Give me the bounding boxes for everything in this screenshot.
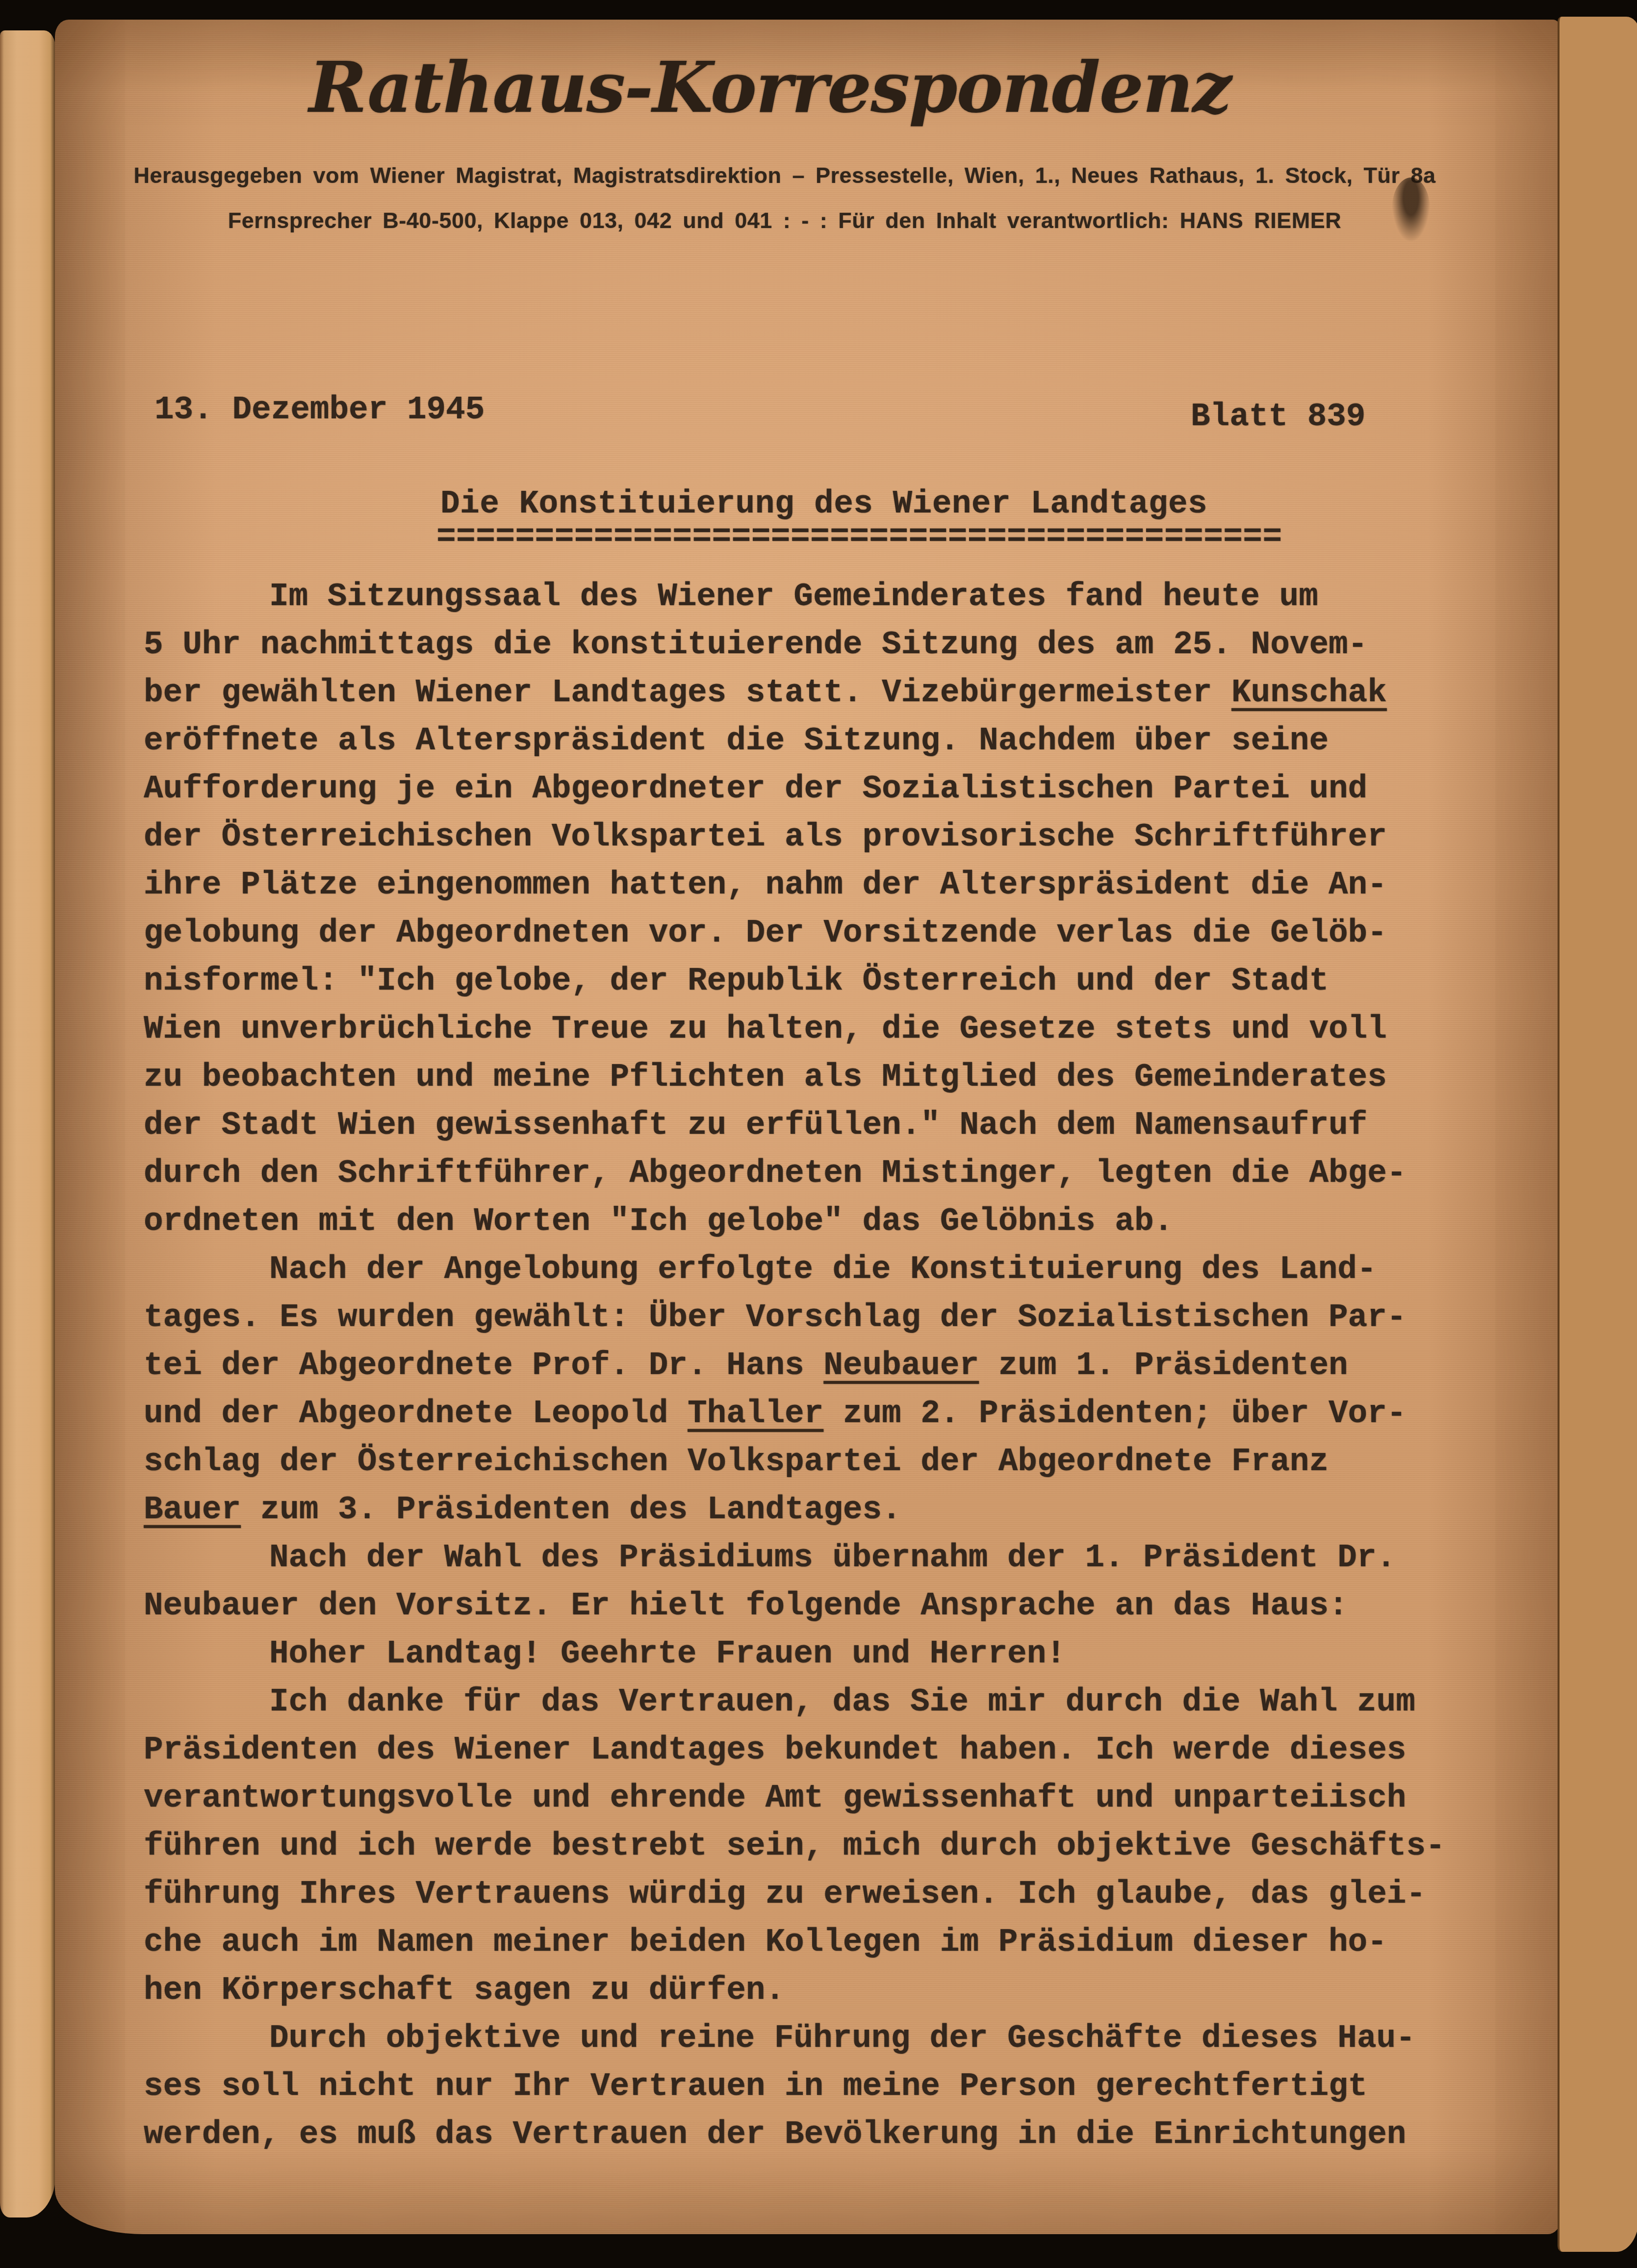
body-line-text: hen Körperschaft sagen zu dürfen. bbox=[144, 1972, 785, 2009]
body-line-text: che auch im Namen meiner beiden Kollegen… bbox=[144, 1924, 1387, 1961]
body-line: gelobung der Abgeordneten vor. Der Vorsi… bbox=[144, 909, 1566, 957]
ink-smudge bbox=[1392, 178, 1430, 241]
masthead-publisher-lines: Herausgegeben vom Wiener Magistrat, Magi… bbox=[113, 153, 1457, 243]
sheet-number: Blatt 839 bbox=[1191, 398, 1365, 435]
body-line: Im Sitzungssaal des Wiener Gemeinderates… bbox=[144, 573, 1566, 621]
underlined-name: Thaller bbox=[688, 1395, 823, 1432]
body-line: tages. Es wurden gewählt: Über Vorschlag… bbox=[144, 1294, 1566, 1342]
body-line: zu beobachten und meine Pflichten als Mi… bbox=[144, 1053, 1566, 1101]
body-line-text: Hoher Landtag! Geehrte Frauen und Herren… bbox=[269, 1635, 1066, 1672]
body-line: führen und ich werde bestrebt sein, mich… bbox=[144, 1822, 1566, 1870]
underlined-name: Neubauer bbox=[823, 1347, 979, 1384]
body-line-text: verantwortungsvolle und ehrende Amt gewi… bbox=[144, 1780, 1406, 1816]
body-line: Nach der Wahl des Präsidiums übernahm de… bbox=[144, 1534, 1566, 1582]
article-title-underline: ========================================… bbox=[436, 519, 1282, 556]
previous-page-edge bbox=[0, 30, 56, 2217]
body-line-text: Neubauer den Vorsitz. Er hielt folgende … bbox=[144, 1587, 1348, 1624]
body-line-text: zum 3. Präsidenten des Landtages. bbox=[241, 1491, 901, 1528]
body-line: che auch im Namen meiner beiden Kollegen… bbox=[144, 1918, 1566, 1966]
body-line: Durch objektive und reine Führung der Ge… bbox=[144, 2014, 1566, 2063]
body-line-text: der Stadt Wien gewissenhaft zu erfüllen.… bbox=[144, 1107, 1367, 1144]
body-line-text: Durch objektive und reine Führung der Ge… bbox=[269, 2020, 1415, 2057]
body-line: durch den Schriftführer, Abgeordneten Mi… bbox=[144, 1149, 1566, 1198]
body-line-text: zu beobachten und meine Pflichten als Mi… bbox=[144, 1059, 1387, 1096]
body-line-text: ordneten mit den Worten "Ich gelobe" das… bbox=[144, 1203, 1173, 1240]
body-line: werden, es muß das Vertrauen der Bevölke… bbox=[144, 2111, 1566, 2159]
body-line-text: durch den Schriftführer, Abgeordneten Mi… bbox=[144, 1155, 1406, 1192]
body-line: Hoher Landtag! Geehrte Frauen und Herren… bbox=[144, 1630, 1566, 1678]
body-line: verantwortungsvolle und ehrende Amt gewi… bbox=[144, 1774, 1566, 1822]
body-line-text: zum 1. Präsidenten bbox=[979, 1347, 1348, 1384]
book-scan: Rathaus-Korrespondenz Herausgegeben vom … bbox=[0, 0, 1637, 2268]
body-line-text: Ich danke für das Vertrauen, das Sie mir… bbox=[269, 1683, 1415, 1720]
body-line-text: tei der Abgeordnete Prof. Dr. Hans bbox=[144, 1347, 823, 1384]
body-line: nisformel: "Ich gelobe, der Republik Öst… bbox=[144, 957, 1566, 1005]
body-line-text: tages. Es wurden gewählt: Über Vorschlag… bbox=[144, 1299, 1406, 1336]
publisher-line-2: Fernsprecher B-40-500, Klappe 013, 042 u… bbox=[113, 198, 1457, 243]
body-line: Bauer zum 3. Präsidenten des Landtages. bbox=[144, 1486, 1566, 1534]
body-line: der Stadt Wien gewissenhaft zu erfüllen.… bbox=[144, 1101, 1566, 1149]
masthead-title: Rathaus-Korrespondenz bbox=[206, 47, 1334, 128]
body-line-text: der Österreichischen Volkspartei als pro… bbox=[144, 818, 1387, 855]
body-line: führung Ihres Vertrauens würdig zu erwei… bbox=[144, 1870, 1566, 1918]
body-line-text: zum 2. Präsidenten; über Vor- bbox=[823, 1395, 1406, 1432]
body-line: Nach der Angelobung erfolgte die Konstit… bbox=[144, 1246, 1566, 1294]
body-line: schlag der Österreichischen Volkspartei … bbox=[144, 1438, 1566, 1486]
body-line-text: Präsidenten des Wiener Landtages bekunde… bbox=[144, 1732, 1406, 1768]
body-line: Präsidenten des Wiener Landtages bekunde… bbox=[144, 1726, 1566, 1774]
body-line-text: nisformel: "Ich gelobe, der Republik Öst… bbox=[144, 963, 1329, 999]
body-line: ber gewählten Wiener Landtages statt. Vi… bbox=[144, 669, 1566, 717]
body-line: Neubauer den Vorsitz. Er hielt folgende … bbox=[144, 1582, 1566, 1630]
body-line: ordneten mit den Worten "Ich gelobe" das… bbox=[144, 1198, 1566, 1246]
book-fore-edge-pages bbox=[1558, 17, 1637, 2252]
body-line: Ich danke für das Vertrauen, das Sie mir… bbox=[144, 1678, 1566, 1726]
publisher-line-1: Herausgegeben vom Wiener Magistrat, Magi… bbox=[113, 153, 1457, 198]
underlined-name: Kunschak bbox=[1231, 674, 1387, 711]
body-line-text: und der Abgeordnete Leopold bbox=[144, 1395, 688, 1432]
underlined-name: Bauer bbox=[144, 1491, 241, 1528]
body-line: Aufforderung je ein Abgeordneter der Soz… bbox=[144, 765, 1566, 813]
body-line-text: Im Sitzungssaal des Wiener Gemeinderates… bbox=[269, 578, 1318, 615]
date-text: 13. Dezember 1945 bbox=[154, 391, 485, 428]
body-line-text: ses soll nicht nur Ihr Vertrauen in mein… bbox=[144, 2068, 1367, 2105]
body-line-text: Nach der Wahl des Präsidiums übernahm de… bbox=[269, 1539, 1396, 1576]
body-line: eröffnete als Alterspräsident die Sitzun… bbox=[144, 717, 1566, 765]
body-line-text: ihre Plätze eingenommen hatten, nahm der… bbox=[144, 866, 1387, 903]
body-line-text: 5 Uhr nachmittags die konstituierende Si… bbox=[144, 626, 1367, 663]
body-line: ihre Plätze eingenommen hatten, nahm der… bbox=[144, 861, 1566, 909]
body-line-text: Aufforderung je ein Abgeordneter der Soz… bbox=[144, 770, 1367, 807]
body-line-text: Nach der Angelobung erfolgte die Konstit… bbox=[269, 1251, 1377, 1288]
body-line-text: werden, es muß das Vertrauen der Bevölke… bbox=[144, 2116, 1406, 2153]
body-line-text: eröffnete als Alterspräsident die Sitzun… bbox=[144, 722, 1329, 759]
body-line-text: schlag der Österreichischen Volkspartei … bbox=[144, 1443, 1329, 1480]
body-line: tei der Abgeordnete Prof. Dr. Hans Neuba… bbox=[144, 1342, 1566, 1390]
article-title: Die Konstituierung des Wiener Landtages bbox=[440, 485, 1207, 522]
body-line: hen Körperschaft sagen zu dürfen. bbox=[144, 1966, 1566, 2014]
body-line-text: führen und ich werde bestrebt sein, mich… bbox=[144, 1828, 1445, 1864]
body-line-text: Wien unverbrüchliche Treue zu halten, di… bbox=[144, 1011, 1387, 1047]
body-line-text: gelobung der Abgeordneten vor. Der Vorsi… bbox=[144, 915, 1387, 951]
body-text: Im Sitzungssaal des Wiener Gemeinderates… bbox=[144, 573, 1566, 2159]
body-line: der Österreichischen Volkspartei als pro… bbox=[144, 813, 1566, 861]
body-line-text: führung Ihres Vertrauens würdig zu erwei… bbox=[144, 1876, 1426, 1912]
body-line-text: ber gewählten Wiener Landtages statt. Vi… bbox=[144, 674, 1231, 711]
body-line: 5 Uhr nachmittags die konstituierende Si… bbox=[144, 621, 1566, 669]
body-line: und der Abgeordnete Leopold Thaller zum … bbox=[144, 1390, 1566, 1438]
body-line: Wien unverbrüchliche Treue zu halten, di… bbox=[144, 1005, 1566, 1053]
body-line: ses soll nicht nur Ihr Vertrauen in mein… bbox=[144, 2063, 1566, 2111]
